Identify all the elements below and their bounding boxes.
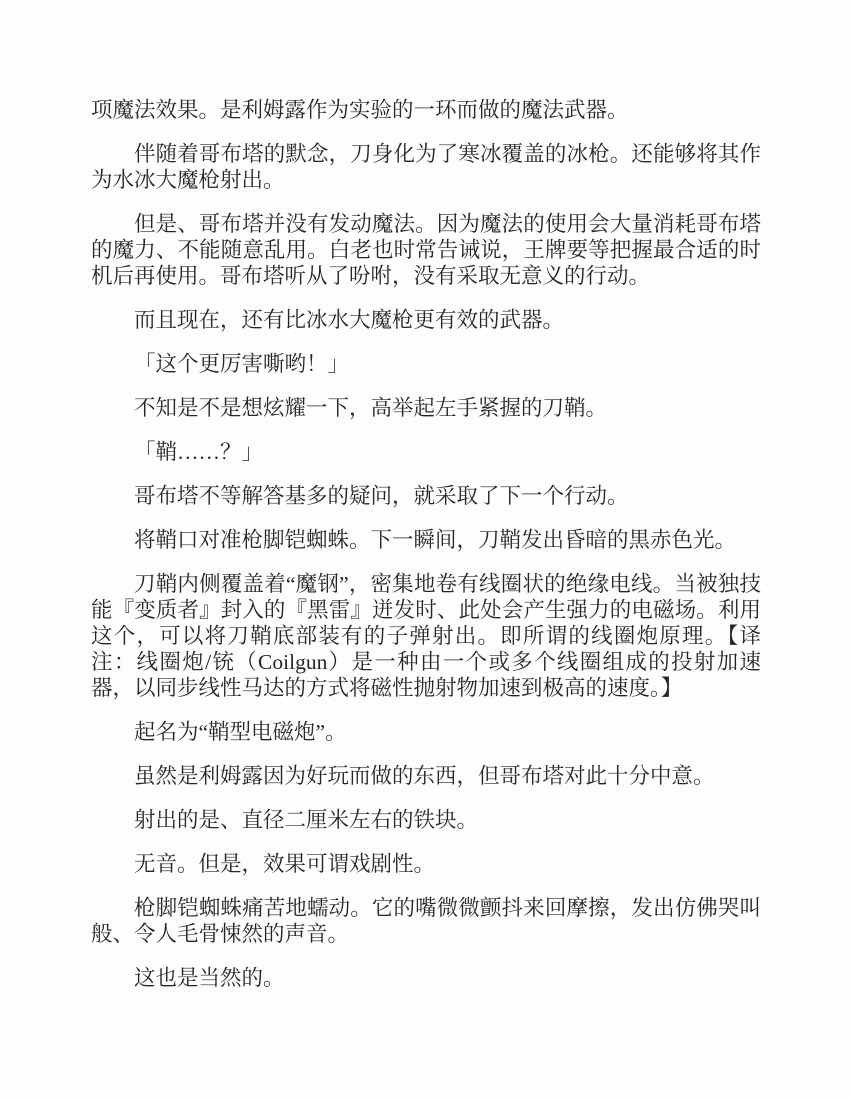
paragraph: 虽然是利姆露因为好玩而做的东西，但哥布塔对此十分中意。 — [91, 763, 761, 789]
paragraph: 将鞘口对准枪脚铠蜘蛛。下一瞬间，刀鞘发出昏暗的黒赤色光。 — [91, 527, 761, 553]
paragraph: 哥布塔不等解答基多的疑问，就采取了下一个行动。 — [91, 483, 761, 509]
paragraph: 不知是不是想炫耀一下，高举起左手紧握的刀鞘。 — [91, 395, 761, 421]
paragraph: 起名为“鞘型电磁炮”。 — [91, 719, 761, 745]
document-page: 项魔法效果。是利姆露作为实验的一环而做的魔法武器。 伴随着哥布塔的默念，刀身化为… — [0, 0, 850, 1100]
text-content: 项魔法效果。是利姆露作为实验的一环而做的魔法武器。 伴随着哥布塔的默念，刀身化为… — [91, 97, 761, 1009]
paragraph: 无音。但是，效果可谓戏剧性。 — [91, 851, 761, 877]
paragraph-translator-note: 刀鞘内侧覆盖着“魔钢”，密集地卷有线圈状的绝缘电线。当被独技能『变质者』封入的『… — [91, 571, 761, 701]
paragraph: 枪脚铠蜘蛛痛苦地蠕动。它的嘴微微颤抖来回摩擦，发出仿佛哭叫般、令人毛骨悚然的声音… — [91, 895, 761, 947]
paragraph: 伴随着哥布塔的默念，刀身化为了寒冰覆盖的冰枪。还能够将其作为水冰大魔枪射出。 — [91, 141, 761, 193]
paragraph: 但是、哥布塔并没有发动魔法。因为魔法的使用会大量消耗哥布塔的魔力、不能随意乱用。… — [91, 211, 761, 289]
paragraph: 射出的是、直径二厘米左右的铁块。 — [91, 807, 761, 833]
paragraph-dialogue: 「这个更厉害嘶哟！」 — [91, 351, 761, 377]
paragraph: 这也是当然的。 — [91, 965, 761, 991]
paragraph-dialogue: 「鞘……？」 — [91, 439, 761, 465]
paragraph-continuation: 项魔法效果。是利姆露作为实验的一环而做的魔法武器。 — [91, 97, 761, 123]
paragraph: 而且现在，还有比冰水大魔枪更有效的武器。 — [91, 307, 761, 333]
